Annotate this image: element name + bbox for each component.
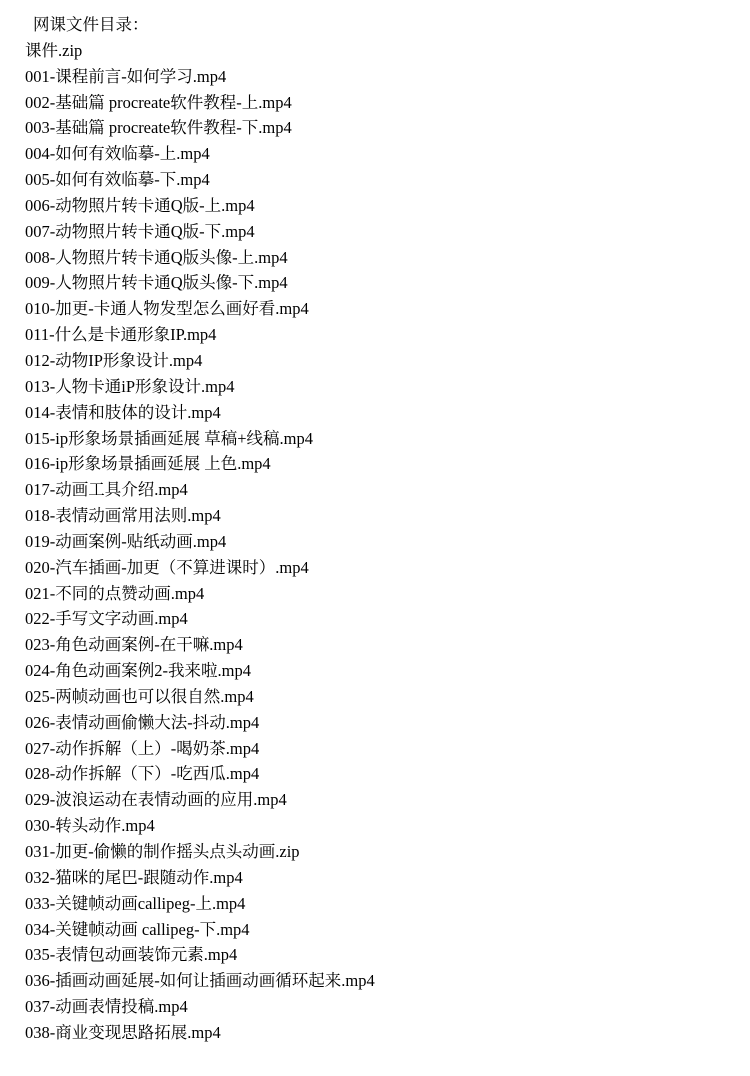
file-list-item: 037-动画表情投稿.mp4: [25, 994, 732, 1020]
file-list-item: 004-如何有效临摹-上.mp4: [25, 141, 732, 167]
file-list-item: 026-表情动画偷懒大法-抖动.mp4: [25, 710, 732, 736]
file-list-item: 005-如何有效临摹-下.mp4: [25, 167, 732, 193]
file-list-item: 027-动作拆解（上）-喝奶茶.mp4: [25, 736, 732, 762]
file-list-item: 032-猫咪的尾巴-跟随动作.mp4: [25, 865, 732, 891]
file-list-item: 009-人物照片转卡通Q版头像-下.mp4: [25, 270, 732, 296]
file-list-item: 022-手写文字动画.mp4: [25, 606, 732, 632]
file-list-item: 007-动物照片转卡通Q版-下.mp4: [25, 219, 732, 245]
file-list-item: 023-角色动画案例-在干嘛.mp4: [25, 632, 732, 658]
file-list-item: 003-基础篇 procreate软件教程-下.mp4: [25, 115, 732, 141]
file-list-item: 031-加更-偷懒的制作摇头点头动画.zip: [25, 839, 732, 865]
file-list-item: 008-人物照片转卡通Q版头像-上.mp4: [25, 245, 732, 271]
file-list-item: 006-动物照片转卡通Q版-上.mp4: [25, 193, 732, 219]
file-list-item: 025-两帧动画也可以很自然.mp4: [25, 684, 732, 710]
file-list-item: 002-基础篇 procreate软件教程-上.mp4: [25, 90, 732, 116]
file-list-item: 015-ip形象场景插画延展 草稿+线稿.mp4: [25, 426, 732, 452]
file-list-item: 课件.zip: [25, 38, 732, 64]
file-list-item: 024-角色动画案例2-我来啦.mp4: [25, 658, 732, 684]
file-list-item: 021-不同的点赞动画.mp4: [25, 581, 732, 607]
file-list-item: 038-商业变现思路拓展.mp4: [25, 1020, 732, 1046]
file-list-item: 020-汽车插画-加更（不算进课时）.mp4: [25, 555, 732, 581]
file-list: 课件.zip001-课程前言-如何学习.mp4002-基础篇 procreate…: [25, 38, 732, 1046]
file-list-item: 036-插画动画延展-如何让插画动画循环起来.mp4: [25, 968, 732, 994]
file-list-item: 014-表情和肢体的设计.mp4: [25, 400, 732, 426]
file-list-item: 034-关键帧动画 callipeg-下.mp4: [25, 917, 732, 943]
file-list-item: 035-表情包动画装饰元素.mp4: [25, 942, 732, 968]
file-list-item: 029-波浪运动在表情动画的应用.mp4: [25, 787, 732, 813]
file-list-item: 010-加更-卡通人物发型怎么画好看.mp4: [25, 296, 732, 322]
file-list-item: 018-表情动画常用法则.mp4: [25, 503, 732, 529]
file-list-item: 011-什么是卡通形象IP.mp4: [25, 322, 732, 348]
document-title: 网课文件目录：: [25, 12, 732, 38]
file-list-item: 013-人物卡通iP形象设计.mp4: [25, 374, 732, 400]
file-list-item: 030-转头动作.mp4: [25, 813, 732, 839]
file-list-item: 017-动画工具介绍.mp4: [25, 477, 732, 503]
file-list-item: 012-动物IP形象设计.mp4: [25, 348, 732, 374]
file-list-item: 001-课程前言-如何学习.mp4: [25, 64, 732, 90]
document-page: 网课文件目录： 课件.zip001-课程前言-如何学习.mp4002-基础篇 p…: [0, 0, 750, 1076]
file-list-item: 033-关键帧动画callipeg-上.mp4: [25, 891, 732, 917]
file-list-item: 028-动作拆解（下）-吃西瓜.mp4: [25, 761, 732, 787]
file-list-item: 019-动画案例-贴纸动画.mp4: [25, 529, 732, 555]
file-list-item: 016-ip形象场景插画延展 上色.mp4: [25, 451, 732, 477]
